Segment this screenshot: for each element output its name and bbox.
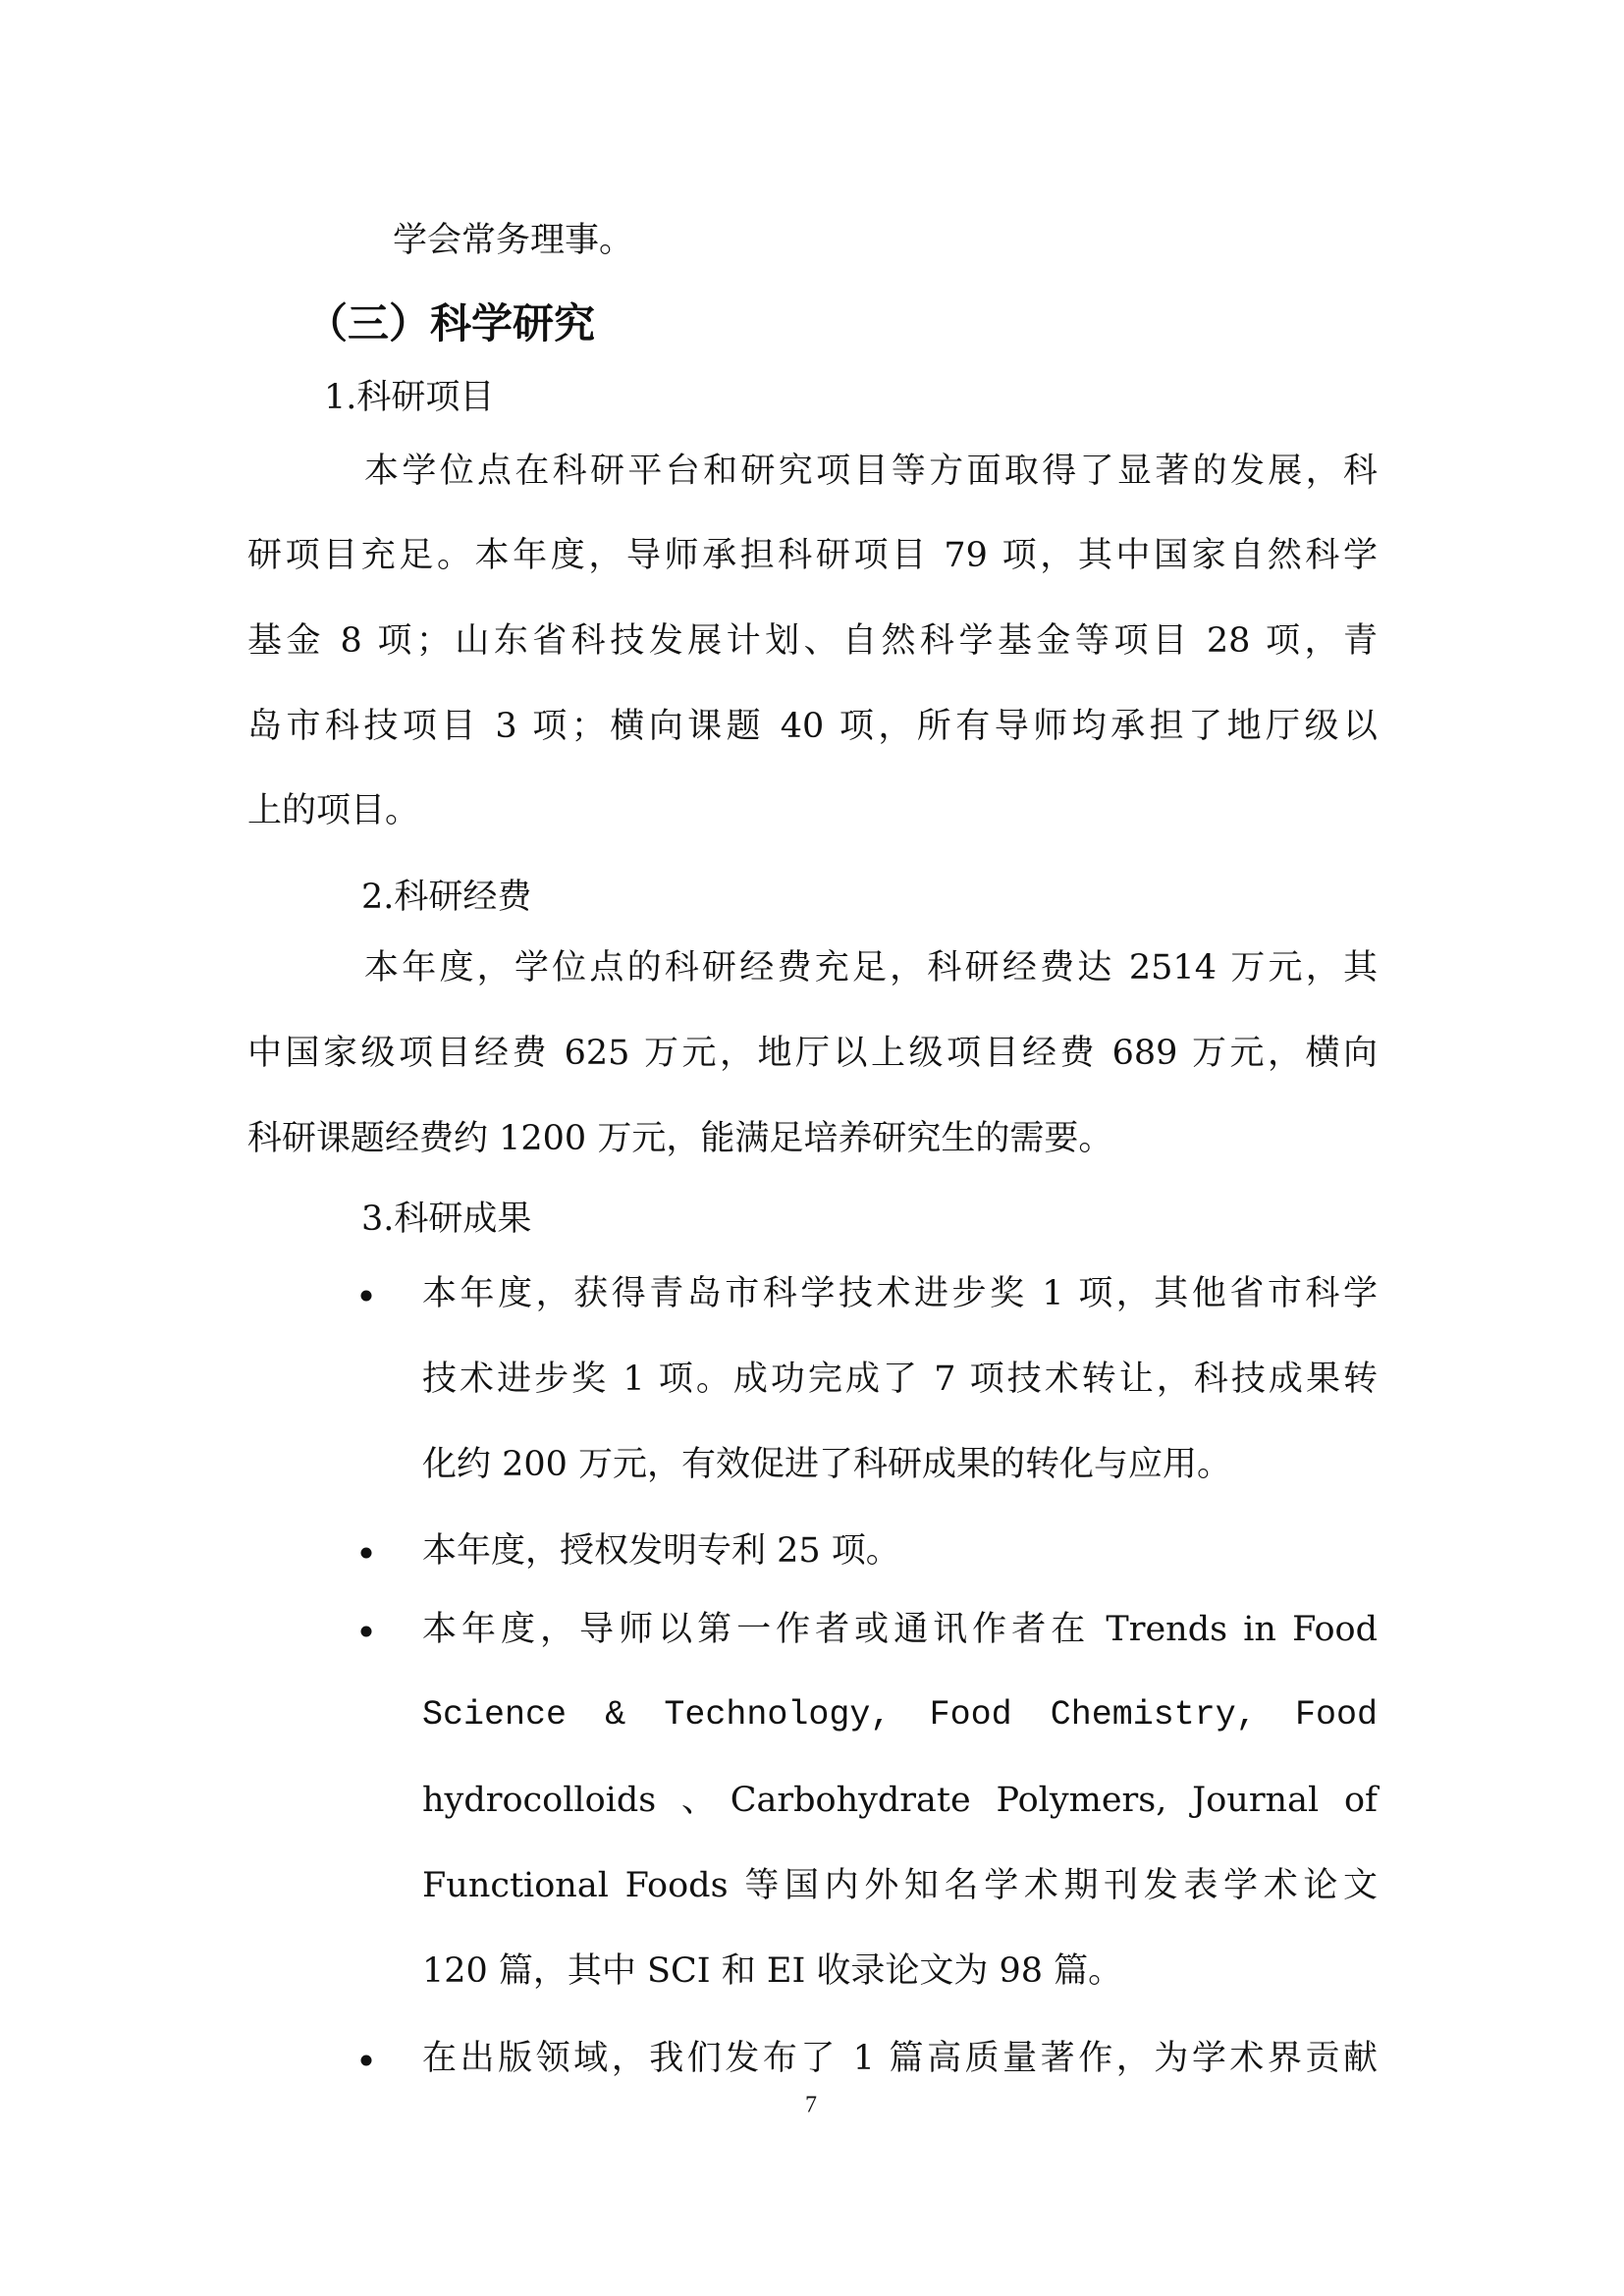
paragraph-line: 科研课题经费约 1200 万元，能满足培养研究生的需要。 xyxy=(247,1117,1112,1160)
bullet-line: 技术进步奖 1 项。成功完成了 7 项技术转让，科技成果转 xyxy=(422,1358,1378,1401)
paragraph-line: 本学位点在科研平台和研究项目等方面取得了显著的发展，科 xyxy=(364,450,1378,493)
bullet-line: 化约 200 万元，有效促进了科研成果的转化与应用。 xyxy=(422,1443,1231,1486)
paragraph-line: 研项目充足。本年度，导师承担科研项目 79 项，其中国家自然科学 xyxy=(247,534,1378,577)
bullet-icon xyxy=(361,2056,372,2066)
subsection-title-research-projects: 1.科研项目 xyxy=(324,376,494,419)
bullet-line: 本年度，获得青岛市科学技术进步奖 1 项，其他省市科学 xyxy=(422,1272,1378,1315)
continuation-text: 学会常务理事。 xyxy=(393,219,633,262)
bullet-icon xyxy=(361,1548,372,1559)
subsection-title-research-funding: 2.科研经费 xyxy=(361,876,531,919)
bullet-line: 120 篇，其中 SCI 和 EI 收录论文为 98 篇。 xyxy=(422,1949,1122,1993)
bullet-line: Functional Foods 等国内外知名学术期刊发表学术论文 xyxy=(422,1864,1378,1907)
bullet-line: 在出版领域，我们发布了 1 篇高质量著作，为学术界贡献 xyxy=(422,2037,1378,2080)
bullet-line: 本年度，授权发明专利 25 项。 xyxy=(422,1529,900,1573)
bullet-line: Science & Technology, Food Chemistry, Fo… xyxy=(422,1693,1378,1736)
subsection-title-research-results: 3.科研成果 xyxy=(361,1198,531,1241)
paragraph-line: 岛市科技项目 3 项；横向课题 40 项，所有导师均承担了地厅级以 xyxy=(247,705,1378,748)
paragraph-line: 基金 8 项；山东省科技发展计划、自然科学基金等项目 28 项，青 xyxy=(247,619,1378,663)
bullet-line: hydrocolloids 、Carbohydrate Polymers, Jo… xyxy=(422,1779,1378,1822)
page-number: 7 xyxy=(805,2093,817,2119)
paragraph-line: 上的项目。 xyxy=(247,789,419,832)
section-heading: （三）科学研究 xyxy=(306,299,595,348)
bullet-icon xyxy=(361,1627,372,1637)
paragraph-line: 本年度，学位点的科研经费充足，科研经费达 2514 万元，其 xyxy=(364,946,1378,989)
bullet-line: 本年度，导师以第一作者或通讯作者在 Trends in Food xyxy=(422,1608,1378,1651)
paragraph-line: 中国家级项目经费 625 万元，地厅以上级项目经费 689 万元，横向 xyxy=(247,1032,1378,1075)
bullet-icon xyxy=(361,1291,372,1302)
